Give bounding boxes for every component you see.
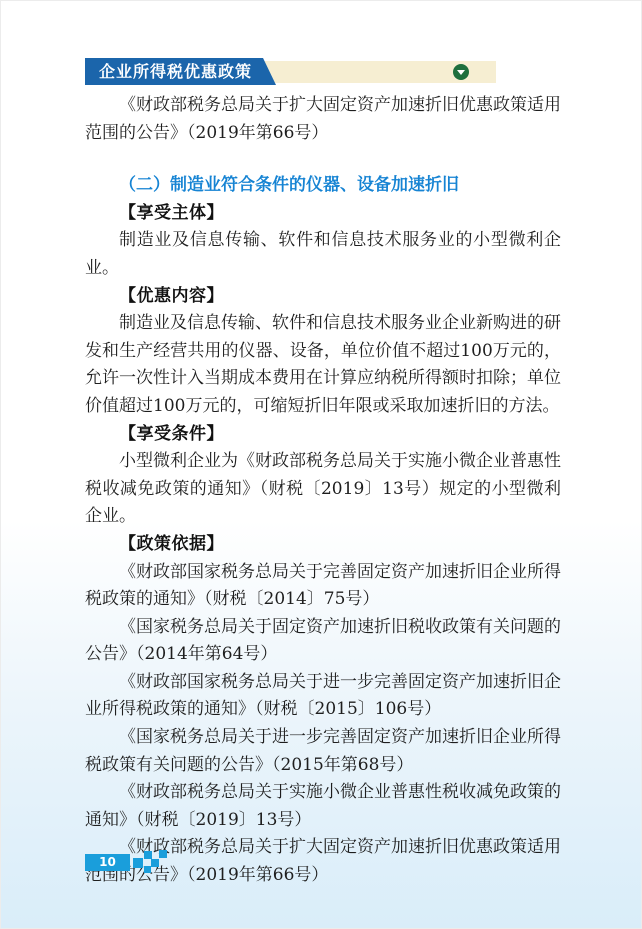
paragraph: 小型微利企业为《财政部税务总局关于实施小微企业普惠性税收减免政策的通知》（财税〔… (85, 448, 561, 531)
paragraph: 制造业及信息传输、软件和信息技术服务业企业新购进的研发和生产经营共用的仪器、设备… (85, 310, 561, 420)
block-label-condition: 【享受条件】 (85, 421, 561, 449)
policy-item: 《国家税务总局关于进一步完善固定资产加速折旧企业所得税政策有关问题的公告》（20… (85, 724, 561, 779)
page-number-badge: 10 (85, 854, 130, 871)
chevron-down-glyph (457, 70, 465, 75)
pixel-squares-icon (133, 850, 167, 874)
paragraph: 制造业及信息传输、软件和信息技术服务业的小型微利企业。 (85, 227, 561, 282)
document-page: 企业所得税优惠政策 《财政部税务总局关于扩大固定资产加速折旧优惠政策适用范围的公… (0, 0, 642, 929)
block-label-policy-basis: 【政策依据】 (85, 531, 561, 559)
page-header: 企业所得税优惠政策 (85, 58, 496, 85)
document-content: 《财政部税务总局关于扩大固定资产加速折旧优惠政策适用范围的公告》（2019年第6… (85, 92, 561, 890)
block-label-benefit: 【优惠内容】 (85, 283, 561, 311)
policy-item: 《财政部国家税务总局关于进一步完善固定资产加速折旧企业所得税政策的通知》（财税〔… (85, 669, 561, 724)
policy-item: 《财政部国家税务总局关于完善固定资产加速折旧企业所得税政策的通知》（财税〔201… (85, 559, 561, 614)
policy-item: 《国家税务总局关于固定资产加速折旧税收政策有关问题的公告》（2014年第64号） (85, 614, 561, 669)
section-heading: （二）制造业符合条件的仪器、设备加速折旧 (85, 172, 561, 200)
page-number: 10 (99, 855, 116, 869)
intro-paragraph: 《财政部税务总局关于扩大固定资产加速折旧优惠政策适用范围的公告》（2019年第6… (85, 92, 561, 147)
header-tab-label: 企业所得税优惠政策 (99, 62, 252, 81)
policy-item: 《财政部税务总局关于实施小微企业普惠性税收减免政策的通知》（财税〔2019〕13… (85, 779, 561, 834)
block-label-beneficiary: 【享受主体】 (85, 200, 561, 228)
chevron-down-icon (453, 64, 469, 80)
header-tab: 企业所得税优惠政策 (85, 58, 276, 85)
